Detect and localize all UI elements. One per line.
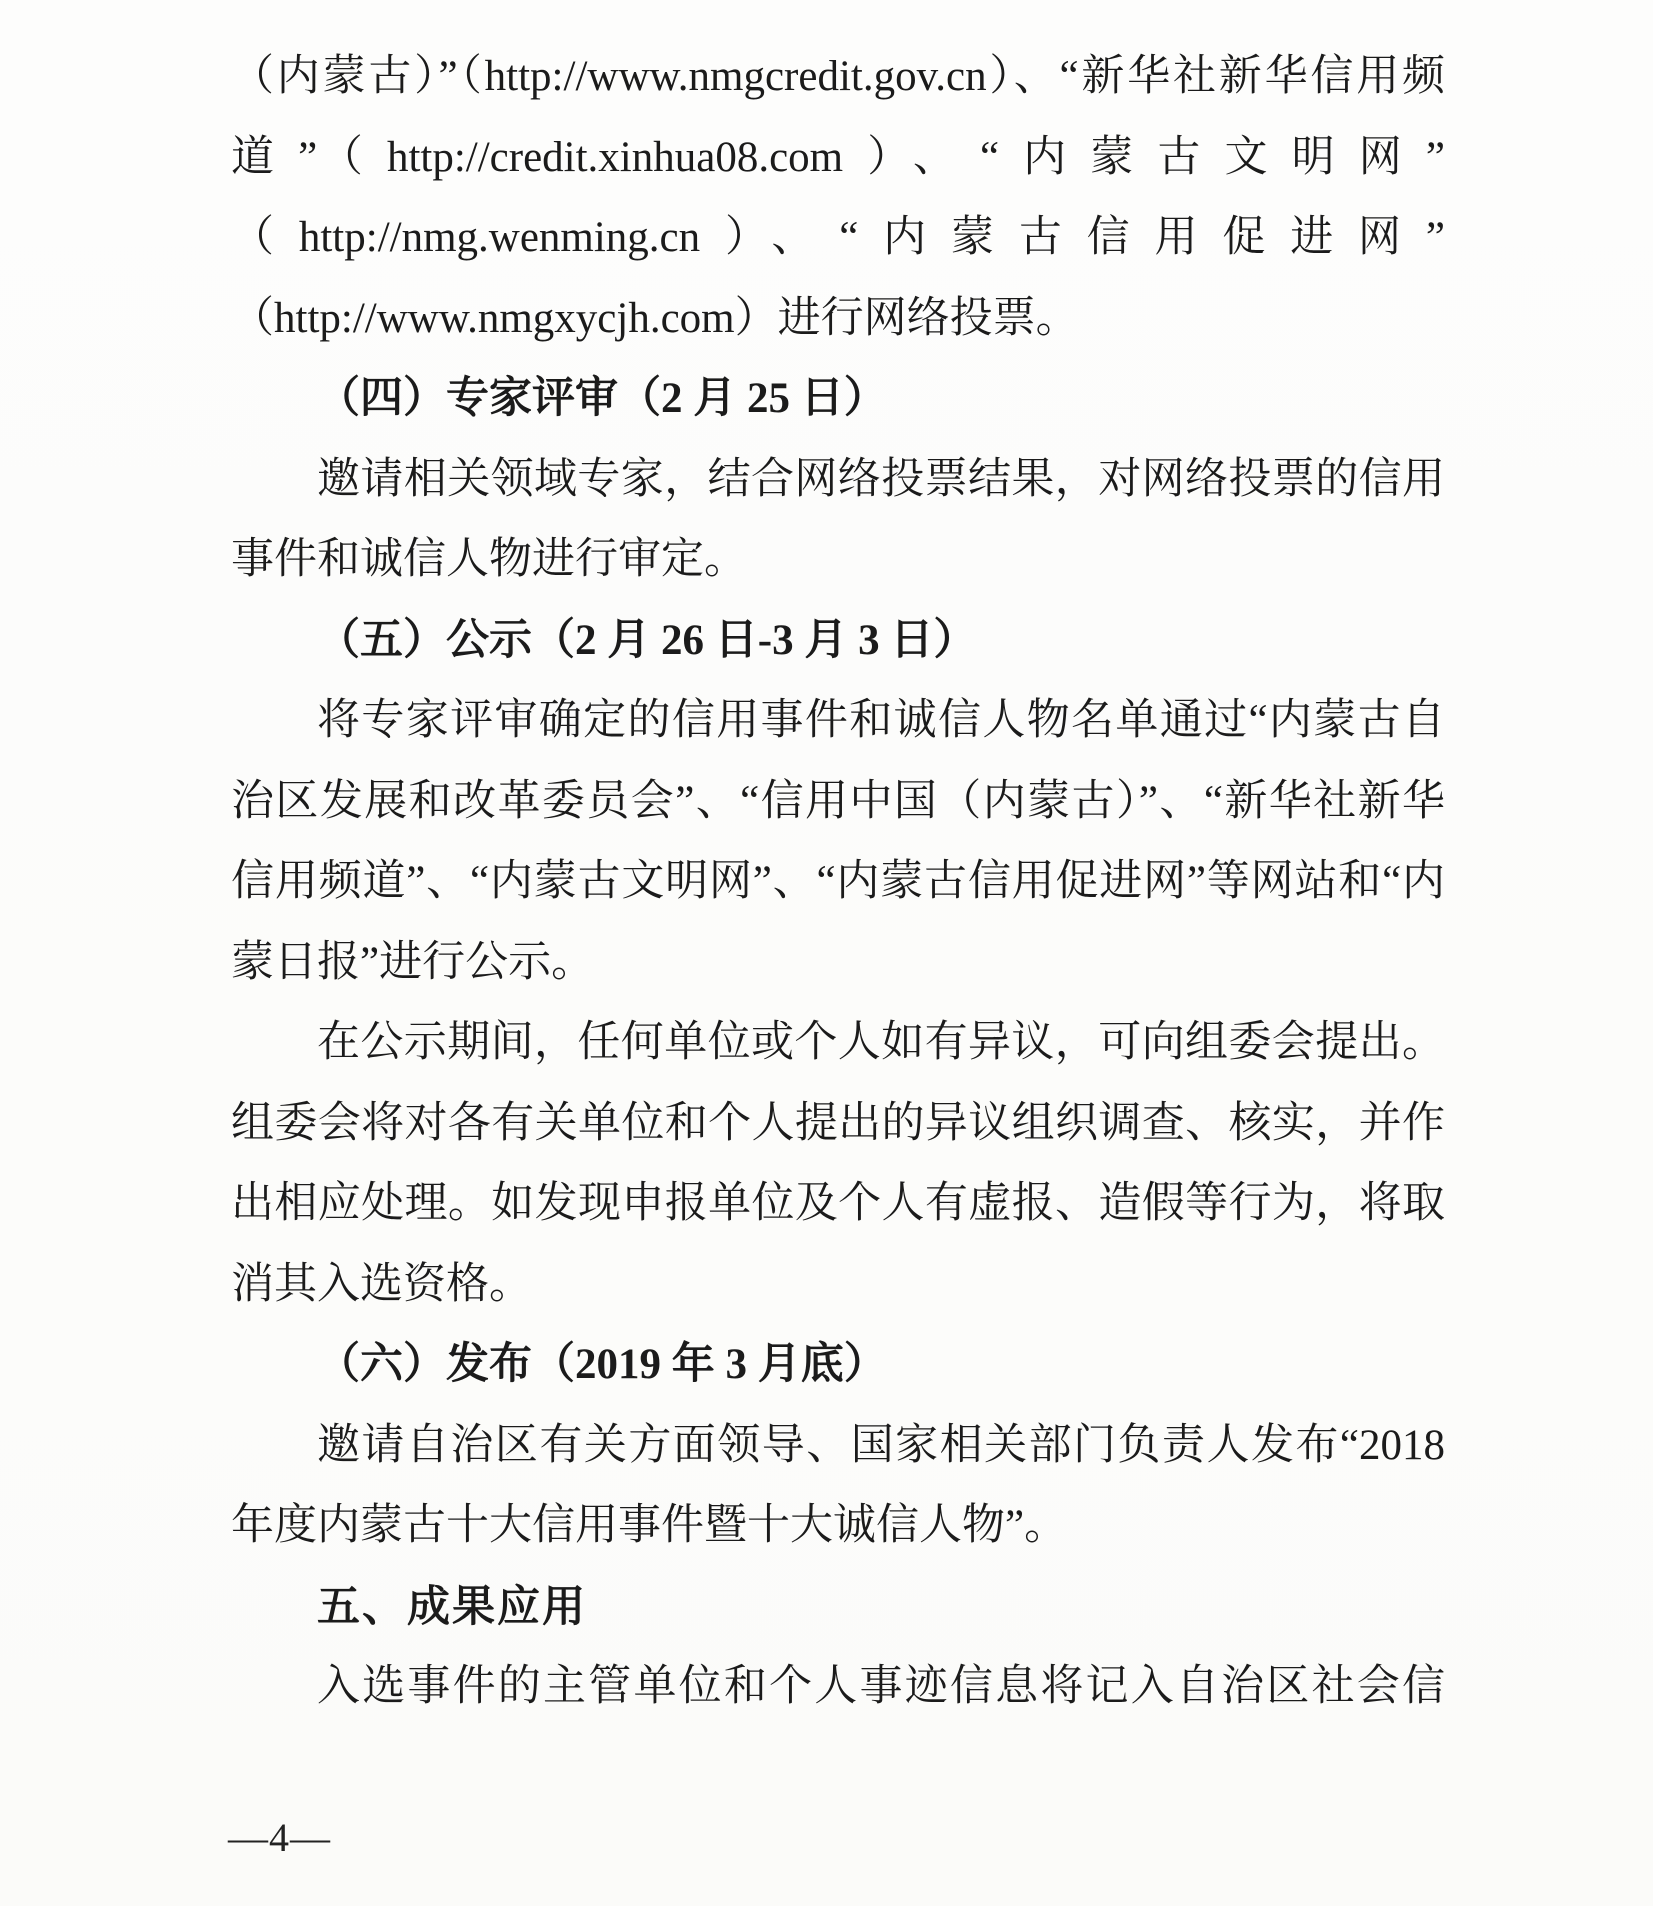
section-heading: （五）公示（2 月 26 日-3 月 3 日） — [231, 601, 1445, 682]
document-line: 出相应处理。如发现申报单位及个人有虚报、造假等行为，将取 — [231, 1164, 1445, 1245]
document-line: 蒙日报”进行公示。 — [231, 923, 1445, 1004]
document-line: 事件和诚信人物进行审定。 — [231, 520, 1445, 601]
document-line: 年度内蒙古十大信用事件暨十大诚信人物”。 — [231, 1486, 1445, 1567]
section-heading: （六）发布（2019 年 3 月底） — [231, 1325, 1445, 1406]
document-line: （http://nmg.wenming.cn）、“内蒙古信用促进网” — [231, 198, 1445, 279]
document-line: 组委会将对各有关单位和个人提出的异议组织调查、核实，并作 — [231, 1084, 1445, 1165]
document-line: 入选事件的主管单位和个人事迹信息将记入自治区社会信 — [231, 1647, 1445, 1728]
document-page: （内蒙古）”（http://www.nmgcredit.gov.cn）、“新华社… — [0, 0, 1653, 1906]
document-line: 邀请自治区有关方面领导、国家相关部门负责人发布“2018 — [231, 1406, 1445, 1487]
document-line: 在公示期间，任何单位或个人如有异议，可向组委会提出。 — [231, 1003, 1445, 1084]
document-line: 消其入选资格。 — [231, 1245, 1445, 1326]
document-line: 将专家评审确定的信用事件和诚信人物名单通过“内蒙古自 — [231, 681, 1445, 762]
document-line: 道”（http://credit.xinhua08.com）、“内蒙古文明网” — [231, 118, 1445, 199]
document-line: （内蒙古）”（http://www.nmgcredit.gov.cn）、“新华社… — [231, 37, 1445, 118]
section-heading: （四）专家评审（2 月 25 日） — [231, 359, 1445, 440]
page-number: —4— — [228, 1806, 331, 1870]
document-line: 信用频道”、“内蒙古文明网”、“内蒙古信用促进网”等网站和“内 — [231, 842, 1445, 923]
document-line: 治区发展和改革委员会”、“信用中国（内蒙古）”、“新华社新华 — [231, 762, 1445, 843]
document-line: 邀请相关领域专家，结合网络投票结果，对网络投票的信用 — [231, 440, 1445, 521]
section-heading: 五、成果应用 — [231, 1567, 1445, 1648]
document-line: （http://www.nmgxycjh.com）进行网络投票。 — [231, 279, 1445, 360]
document-body: （内蒙古）”（http://www.nmgcredit.gov.cn）、“新华社… — [231, 37, 1445, 1728]
